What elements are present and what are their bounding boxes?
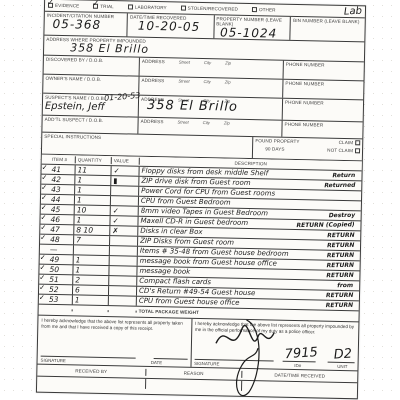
zip-label: Zip	[225, 79, 231, 95]
officer-ack-text: I hereby acknowledge that the above list…	[195, 321, 354, 334]
row-checkmark-icon: ✓	[40, 235, 48, 244]
item-disposition-note: RETURN	[326, 252, 357, 258]
row-checkmark-icon: ✓	[41, 205, 49, 214]
item-disposition-note: RETURN	[327, 232, 358, 238]
item-disposition-note: Returned	[324, 182, 359, 188]
street-label: Street	[177, 119, 188, 133]
item-value-mark: ✗	[110, 226, 138, 236]
property-number-value: 05-1024	[220, 26, 288, 39]
signature-label: SIGNATURE	[41, 357, 66, 363]
field-label: PHONE NUMBER	[285, 81, 361, 88]
item-value-mark	[110, 236, 138, 246]
item-quantity	[74, 245, 110, 255]
item-number: 47	[48, 225, 74, 235]
item-quantity: 10	[75, 205, 111, 215]
field-label: DISCOVERED BY / D.O.B.	[46, 57, 137, 64]
item-number: 50	[47, 265, 73, 275]
reason-label: REASON	[146, 369, 242, 378]
item-number: 44	[49, 195, 75, 205]
field-label: OWNER'S NAME / D.O.B.	[45, 76, 136, 83]
checkbox-label: OTHER	[259, 7, 276, 12]
item-disposition-note: from	[337, 282, 357, 288]
item-quantity: 1	[75, 175, 111, 185]
owner-ack-text: I hereby acknowledge that the above list…	[41, 318, 183, 331]
item-value-mark	[111, 196, 139, 206]
zip-label: Zip	[225, 60, 231, 76]
item-number: 52	[47, 285, 73, 295]
found-property-field: FOUND PROPERTY 90 DAYS CLAIM NOT CLAIM	[253, 137, 362, 160]
checkbox-other: OTHER	[252, 7, 276, 13]
discovered-by-field: DISCOVERED BY / D.O.B.	[44, 56, 140, 76]
not-claim-checkbox-icon	[355, 148, 360, 153]
suspect-address-field: ADDRESS Street City Zip 358 El Brillo	[139, 96, 283, 120]
not-claim-label: NOT CLAIM	[327, 148, 353, 154]
item-number: 48	[48, 235, 74, 245]
checkbox-label: STOLEN/RECOVERED	[188, 6, 238, 12]
item-table-body: ✓ 41 11 ✓ Floppy disks from desk middle …	[39, 165, 362, 312]
item-col-header: ITEM #	[50, 156, 76, 164]
value-col-header: VALUE	[112, 157, 140, 165]
suspect-phone-field: PHONE NUMBER	[283, 99, 363, 122]
checkbox-stolen-recovered: STOLEN/RECOVERED	[181, 6, 238, 12]
val-col	[109, 310, 137, 313]
item-number: 51	[47, 275, 73, 285]
item-quantity: 1	[75, 195, 111, 205]
field-label: ADDRESS	[142, 59, 165, 75]
item-disposition-note: RETURN	[326, 272, 357, 278]
item-disposition-note: RETURN	[326, 262, 357, 268]
discovered-address-field: ADDRESS Street City Zip	[140, 58, 284, 79]
item-value-mark	[109, 266, 137, 276]
quantity-col-header: QUANTITY	[76, 156, 112, 164]
addtl-suspect-field: ADD'TL SUSPECT / D.O.B.	[42, 116, 138, 134]
checkbox-laboratory: LABORATORY	[128, 4, 167, 10]
datetime-received-label: DATE/TIME RECEIVED	[242, 371, 357, 380]
item-quantity: 11	[75, 165, 111, 175]
item-quantity: 1	[74, 215, 110, 225]
bin-number-field: BIN NUMBER (Leave Blank)	[291, 17, 365, 42]
field-label: PHONE NUMBER	[286, 62, 362, 69]
field-label: ADDRESS	[141, 78, 164, 94]
addtl-suspect-phone-field: PHONE NUMBER	[282, 121, 362, 139]
item-number: 53	[47, 295, 73, 305]
field-label: PHONE NUMBER	[285, 100, 361, 107]
item-quantity: 1	[73, 295, 109, 305]
item-value-mark: ▮	[111, 176, 139, 186]
incident-number-field: INCIDENT/CITATION NUMBER 05-368	[44, 12, 128, 37]
item-number: 43	[49, 185, 75, 195]
received-by-label: RECEIVED BY	[37, 367, 146, 376]
claim-checkbox-icon	[355, 140, 360, 145]
qty-col	[73, 309, 109, 312]
reason-entry	[146, 379, 242, 391]
row-checkmark-icon: ✓	[41, 165, 49, 174]
found-property-label: FOUND PROPERTY	[255, 138, 316, 144]
checkbox-evidence: ✓ EVIDENCE	[48, 3, 79, 9]
item-value-mark	[109, 276, 137, 286]
city-label: City	[204, 60, 212, 76]
date-recovered-field: DATE/TIME RECOVERED 10-20-05	[128, 13, 215, 38]
checkbox-icon	[128, 4, 133, 9]
officer-id-value: 7915	[284, 346, 318, 361]
item-disposition-note: RETURN	[327, 242, 358, 248]
row-checkmark-icon: ✓	[39, 285, 47, 294]
item-disposition-note: Return	[333, 172, 360, 178]
owner-address-field: ADDRESS Street City Zip	[139, 77, 283, 98]
row-checkmark-icon: ✓	[40, 215, 48, 224]
row-checkmark-icon	[40, 245, 48, 254]
row-checkmark-icon: ✓	[39, 295, 47, 304]
date-recovered-value: 10-20-05	[138, 20, 212, 34]
date-label: DATE	[151, 359, 163, 365]
row-checkmark-icon: ✓	[39, 275, 47, 284]
checkbox-icon	[252, 7, 257, 12]
row-checkmark-icon: ✓	[41, 195, 49, 204]
item-value-mark	[110, 256, 138, 266]
item-number: 45	[49, 205, 75, 215]
item-number: 49	[48, 255, 74, 265]
street-label: Street	[179, 60, 191, 76]
item-value-mark: ✓	[111, 166, 139, 176]
item-value-mark	[111, 186, 139, 196]
datetime-received-entry	[242, 381, 357, 393]
item-value-mark	[110, 246, 138, 256]
item-value-mark	[109, 286, 137, 296]
incident-number-value: 05-368	[53, 18, 125, 32]
suspect-address-value: 358 El Brillo	[147, 99, 280, 115]
item-quantity: 8 10	[74, 225, 110, 235]
item-disposition-note: RETURN	[325, 302, 356, 308]
officer-unit-value: D2	[333, 347, 352, 361]
checkbox-trial: ✓ TRIAL	[93, 4, 114, 9]
addtl-suspect-address-field: ADDRESS Street City Zip	[138, 118, 282, 137]
ninety-days-label: 90 DAYS	[265, 146, 316, 152]
officer-signature-label: SIGNATURE	[194, 360, 219, 366]
handwritten-corner-note: Lab	[344, 6, 363, 17]
item-disposition-note: Destroy	[328, 212, 359, 218]
item-quantity: 1	[74, 255, 110, 265]
field-label: BIN NUMBER (Leave Blank)	[293, 18, 363, 25]
item-quantity: 1	[73, 265, 109, 275]
officer-acknowledgment: I hereby acknowledge that the above list…	[191, 319, 358, 370]
owner-phone-field: PHONE NUMBER	[283, 80, 363, 100]
item-quantity: 2	[73, 275, 109, 285]
id-label: ID#	[294, 362, 301, 368]
special-instructions-field: SPECIAL INSTRUCTIONS	[42, 133, 254, 158]
item-number: 41	[49, 165, 75, 175]
row-checkmark-icon: ✓	[41, 175, 49, 184]
suspect-dob-value: 01-20-53	[104, 92, 141, 103]
city-label: City	[203, 79, 211, 95]
item-value-mark: ✓	[111, 206, 139, 216]
item-col	[47, 309, 73, 312]
received-by-entry	[37, 377, 146, 389]
unit-label: UNIT	[337, 363, 347, 369]
item-value-mark: ✓	[110, 216, 138, 226]
suspect-name-value: Epstein, Jeff	[45, 102, 136, 114]
property-number-field: PROPERTY NUMBER (Leave Blank) 05-1024	[214, 15, 291, 40]
checkbox-label: EVIDENCE	[55, 3, 79, 9]
row-checkmark-icon: ✓	[39, 265, 47, 274]
row-checkmark-icon: ✓	[40, 255, 48, 264]
checkbox-label: LABORATORY	[135, 5, 167, 11]
zip-label: Zip	[224, 120, 230, 134]
discovered-phone-field: PHONE NUMBER	[284, 61, 364, 81]
item-number: 46	[48, 215, 74, 225]
street-label: Street	[178, 79, 190, 95]
item-number: —	[48, 245, 74, 255]
item-number: 42	[49, 175, 75, 185]
property-receipt-form: ✓ EVIDENCE ✓ TRIAL LABORATORY STOLEN/REC…	[36, 0, 366, 399]
row-checkmark-icon: ✓	[41, 185, 49, 194]
field-label: ADD'TL SUSPECT / D.O.B.	[45, 117, 136, 124]
claim-label: CLAIM	[339, 140, 354, 145]
checkbox-label: TRIAL	[100, 4, 114, 9]
checkbox-icon	[181, 6, 186, 11]
suspect-name-field: SUSPECT'S NAME / D.O.B. 01-20-53 Epstein…	[43, 94, 139, 117]
field-label: ADDRESS	[140, 119, 163, 133]
checkmark-icon: ✓	[92, 0, 99, 8]
owner-acknowledgment: I hereby acknowledge that the above list…	[38, 316, 193, 367]
item-quantity: 6	[73, 285, 109, 295]
item-disposition-note: RETURN	[326, 292, 357, 298]
checkmark-icon: ✓	[47, 0, 54, 7]
item-disposition-note: RETURN (Copied)	[296, 222, 358, 229]
row-checkmark-icon: ✓	[40, 225, 48, 234]
acknowledgment-section: I hereby acknowledge that the above list…	[37, 316, 358, 372]
item-value-mark	[109, 296, 137, 306]
city-label: City	[202, 120, 210, 134]
item-quantity: 7	[74, 235, 110, 245]
field-label: PHONE NUMBER	[285, 122, 361, 129]
item-quantity: 1	[75, 185, 111, 195]
